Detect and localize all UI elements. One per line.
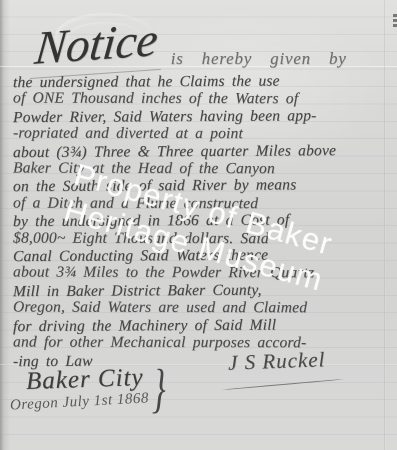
dateline-brace: } (152, 360, 166, 421)
handwritten-line: for driving the Machinery of Said Mill (13, 316, 389, 336)
handwritten-body: the undersigned that he Claims the use o… (13, 73, 389, 369)
handwritten-line: by the undersigned in 1866 at a Cost of (13, 211, 389, 231)
opening-rest-text: is hereby given by (171, 49, 347, 69)
handwritten-line: the undersigned that he Claims the use (13, 72, 389, 92)
signature-flourish (222, 379, 344, 391)
handwritten-line: and for other Mechanical purposes accord… (13, 334, 389, 352)
handwritten-line: Mill in Baker District Baker County, (13, 281, 389, 301)
handwritten-line: Powder River, Said Waters having been ap… (13, 107, 389, 127)
handwritten-line: $8,000~ Eight Thousand dollars. Said (13, 229, 389, 247)
handwritten-line: about (3¾) Three & Three quarter Miles a… (13, 141, 389, 161)
handwritten-line: Baker City at the Head of the Canyon (13, 160, 389, 178)
page-edge-marks (391, 12, 397, 36)
handwritten-line: on the South side of said River by means (13, 176, 389, 196)
handwritten-line: -ropriated and diverted at a point (13, 125, 389, 143)
notice-word: Notice (30, 12, 166, 79)
handwritten-line: of a Ditch and a Flume constructed (13, 194, 389, 212)
signature: J S Ruckel (228, 347, 326, 375)
scanned-document: Notice is hereby given by the undersigne… (0, 0, 397, 450)
handwritten-line: about 3¾ Miles to the Powder River Quart… (13, 264, 389, 282)
opening-line: Notice is hereby given by (30, 22, 347, 79)
handwritten-line: of ONE Thousand inches of the Waters of (13, 90, 389, 108)
handwritten-line: Oregon, Said Waters are used and Claimed (13, 299, 389, 317)
